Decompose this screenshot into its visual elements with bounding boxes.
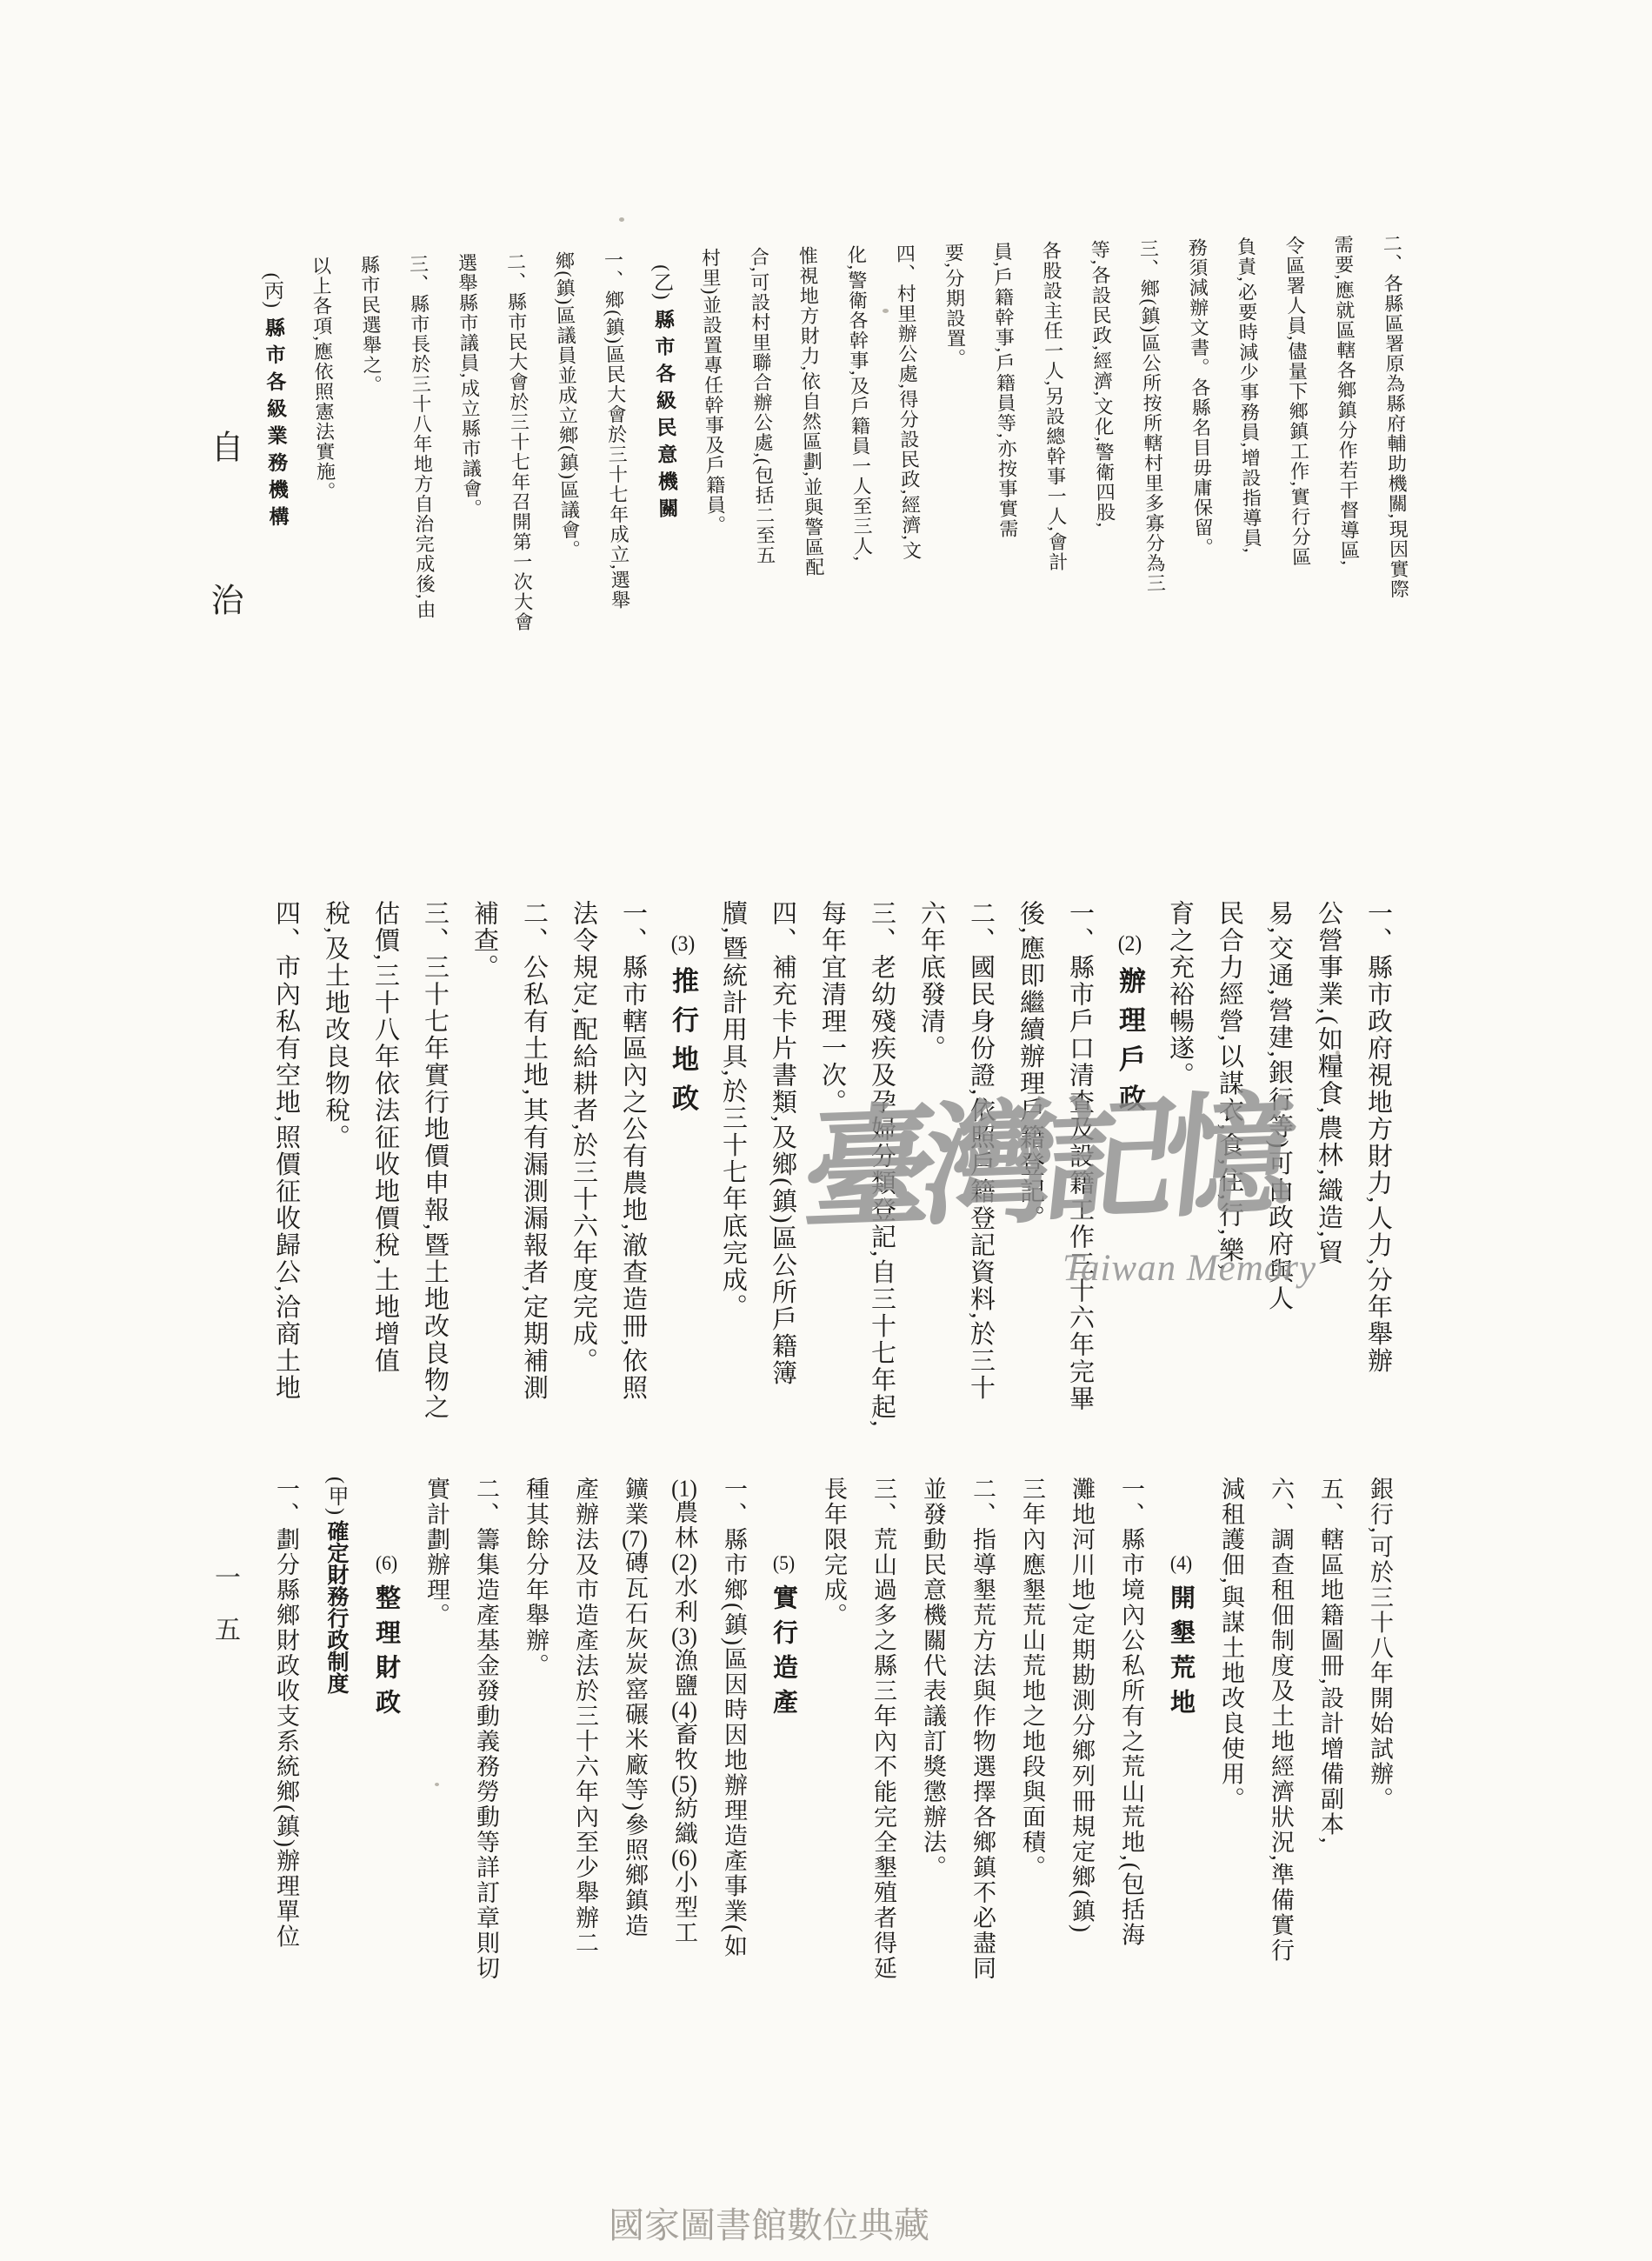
- text-column: 公營事業,(如糧食,農林,織造,貿: [1303, 900, 1353, 1484]
- scanned-page: 自治 一五 二、各縣區署原為縣府輔助機關,現因實際需要,應就區轄各鄉鎮分作若干督…: [0, 0, 1652, 2261]
- text-column: 一、縣市轄區內之公有農地,澈查造冊,依照: [608, 900, 657, 1484]
- text-column: 六、調查租佃制度及土地經濟狀況,準備實行: [1256, 1477, 1305, 2061]
- heading-number: (6): [376, 1553, 397, 1573]
- section-heading-column: (4)開墾荒地: [1156, 1477, 1206, 2061]
- text-column: 四、村里辦公處,得分設民政,經濟,文: [880, 243, 938, 697]
- text-column: 育之充裕暢遂。: [1155, 900, 1204, 1484]
- text-column: 三、三十七年實行地價申報,暨土地改良物之: [410, 900, 459, 1484]
- scan-speck: [435, 1783, 439, 1786]
- text-column: 減租護佃,與謀土地改良使用。: [1206, 1477, 1256, 2061]
- heading-number: (4): [1170, 1553, 1192, 1573]
- text-column: 三年內應墾荒山荒地之地段與面積。: [1007, 1477, 1056, 2061]
- text-column: 要,分期設置。: [929, 243, 987, 696]
- text-column: 等,各設民政,經濟,文化,警衛四股,: [1075, 239, 1133, 692]
- text-column: 惟視地方財力,依自然區劃,並與警區配: [783, 245, 841, 698]
- heading-title: 開墾荒地: [1167, 1573, 1195, 1724]
- text-column: 合,可設村里聯合辦公處,(包括二至五: [734, 246, 792, 699]
- text-column: 民合力經營,以謀衣,食,住,行,樂,: [1204, 900, 1254, 1484]
- text-column: 員,戶籍幹事,戶籍員等,亦按事實需: [977, 241, 1036, 694]
- heading-number: (甲): [324, 1477, 347, 1517]
- text-column: 種其餘分年舉辦。: [510, 1477, 560, 2061]
- scan-speck: [619, 217, 624, 222]
- text-column: 二、籌集造產基金發動義務勞動等詳訂章則切: [461, 1477, 510, 2061]
- text-column: 以上各項,應依照憲法實施。: [296, 256, 354, 709]
- page-number: 一五: [205, 1564, 243, 1668]
- text-register-middle: 一、縣市政府視地方財力,人力,分年舉辦公營事業,(如糧食,農林,織造,貿易,交通…: [263, 900, 1402, 1484]
- text-column: 一、縣市戶口清查及設籍工作三十六年完畢: [1055, 900, 1104, 1484]
- text-column: 一、縣市鄉(鎮)區因時因地辦理造產事業(如: [709, 1477, 758, 2061]
- text-register-top: 二、各縣區署原為縣府輔助機關,現因實際需要,應就區轄各鄉鎮分作若干督導區,令區署…: [247, 233, 1425, 710]
- heading-number: (丙): [262, 272, 284, 309]
- text-column: 三、老幼殘疾及孕婦分類登記,自三十七年起,: [856, 900, 906, 1484]
- section-heading-column: (乙)縣市各級民意機關: [636, 249, 695, 702]
- text-column: 法令規定,配給耕者,於三十六年度完成。: [558, 900, 608, 1484]
- text-column: 三、荒山過多之縣三年內不能完全墾殖者得延: [858, 1477, 908, 2061]
- heading-number: (5): [773, 1553, 795, 1573]
- text-column: 估價,三十八年依法征收地價稅,土地增值: [360, 900, 410, 1484]
- text-register-bottom: 銀行,可於三十八年開始試辦。五、轄區地籍圖冊,設計增備副本,六、調查租佃制度及土…: [264, 1477, 1404, 2061]
- text-column: 選舉縣市議員,成立縣市議會。: [442, 252, 500, 705]
- text-column: 三、鄉(鎮)區公所按所轄村里多寡分為三: [1123, 238, 1182, 691]
- text-column: 一、劃分縣鄉財政收支系統鄉(鎮)辦理單位: [261, 1477, 310, 2061]
- heading-number: (2): [1118, 933, 1142, 955]
- text-column: 鑛業(7)磚瓦石灰炭窰碾米廠等)參照鄉鎮造: [610, 1477, 659, 2061]
- text-column: 一、鄉(鎮)區民大會於三十七年成立,選舉: [588, 250, 646, 703]
- text-column: 化,警衛各幹事,及戶籍員一人至三人,: [831, 244, 889, 697]
- scan-speck: [883, 309, 889, 313]
- heading-title: 辦理戶政: [1115, 955, 1145, 1124]
- section-heading-column: (丙)縣市各級業務機構: [247, 257, 305, 710]
- text-column: 四、補充卡片書類,及鄉(鎮)區公所戶籍簿: [757, 900, 807, 1484]
- text-column: 灘地河川地)定期勘測分鄉列冊規定鄉(鎮): [1056, 1477, 1106, 2061]
- text-column: 四、市內私有空地,照價征收歸公,洽商土地: [261, 900, 310, 1484]
- text-column: 五、轄區地籍圖冊,設計增備副本,: [1305, 1477, 1355, 2061]
- heading-title: 實行造產: [769, 1573, 797, 1724]
- text-column: 二、各縣區署原為縣府輔助機關,現因實際: [1367, 233, 1425, 686]
- scan-speck: [1336, 1050, 1340, 1055]
- text-column: 易,交通,營建,銀行等)可由政府與人: [1254, 900, 1303, 1484]
- section-heading-column: (3)推行地政: [657, 900, 708, 1484]
- text-column: 一、縣市政府視地方財力,人力,分年舉辦: [1353, 900, 1402, 1484]
- section-heading-column: (2)辦理戶政: [1104, 900, 1155, 1484]
- heading-title: 確定財務行政制度: [324, 1517, 348, 1694]
- text-column: 每年宜清理一次。: [807, 900, 856, 1484]
- archive-footer: 國家圖書館數位典藏: [609, 2197, 929, 2248]
- text-column: 二、指導墾荒方法與作物選擇各鄉鎮不必盡同: [957, 1477, 1007, 2061]
- text-column: 三、縣市長於三十八年地方自治完成後,由: [393, 253, 451, 706]
- text-column: 鄉(鎮)區議員並成立鄉(鎮)區議會。: [539, 250, 597, 704]
- heading-title: 推行地政: [668, 955, 698, 1124]
- text-column: 長年限完成。: [809, 1477, 858, 2061]
- text-column: 一、縣市境內公私所有之荒山荒地,(包括海: [1106, 1477, 1156, 2061]
- text-column: 二、公私有土地,其有漏測漏報者,定期補測: [509, 900, 558, 1484]
- text-column: (1)農林(2)水利(3)漁鹽(4)畜牧(5)紡織(6)小型工: [659, 1477, 709, 2061]
- text-column: 產辦法及市造產法於三十六年內至少舉辦二: [560, 1477, 610, 2061]
- text-column: 二、國民身份證,依照戶籍登記資料,於三十: [956, 900, 1005, 1484]
- text-column: 牘,暨統計用具,於三十七年底完成。: [708, 900, 757, 1484]
- text-column: 務須減辦文書。各縣名目毋庸保留。: [1172, 237, 1230, 690]
- heading-title: 縣市各級民意機關: [651, 300, 677, 525]
- heading-number: (3): [671, 933, 695, 955]
- heading-title: 整理財政: [372, 1573, 400, 1724]
- text-column: 令區署人員,儘量下鄉鎮工作,實行分區: [1269, 235, 1328, 688]
- text-column: 縣市民選舉之。: [344, 255, 403, 708]
- text-column: 補查。: [459, 900, 509, 1484]
- heading-title: 縣市各級業務機構: [263, 309, 289, 534]
- section-heading-column: (6)整理財政: [361, 1477, 411, 2061]
- text-column: 銀行,可於三十八年開始試辦。: [1355, 1477, 1404, 2061]
- text-column: 需要,應就區轄各鄉鎮分作若干督導區,: [1318, 234, 1376, 687]
- text-column: 實計劃辦理。: [411, 1477, 461, 2061]
- running-title: 自治: [200, 430, 248, 736]
- text-column: 村里)並設置專任幹事及戶籍員。: [685, 247, 743, 700]
- heading-number: (乙): [651, 264, 674, 301]
- text-column: 各股設主任一人,另設總幹事一人,會計: [1026, 240, 1084, 693]
- text-column: 負責,必要時減少事務員,增設指導員,: [1221, 237, 1279, 690]
- text-column: 後,應即繼續辦理戶籍登記。: [1005, 900, 1055, 1484]
- subsection-heading-column: (甲)確定財務行政制度: [310, 1477, 361, 2061]
- text-column: 並發動民意機關代表議訂獎懲辦法。: [908, 1477, 957, 2061]
- text-column: 二、縣市民大會於三十七年召開第一次大會: [490, 251, 549, 704]
- text-column: 稅,及土地改良物稅。: [310, 900, 360, 1484]
- text-column: 六年底發清。: [906, 900, 956, 1484]
- section-heading-column: (5)實行造產: [758, 1477, 809, 2061]
